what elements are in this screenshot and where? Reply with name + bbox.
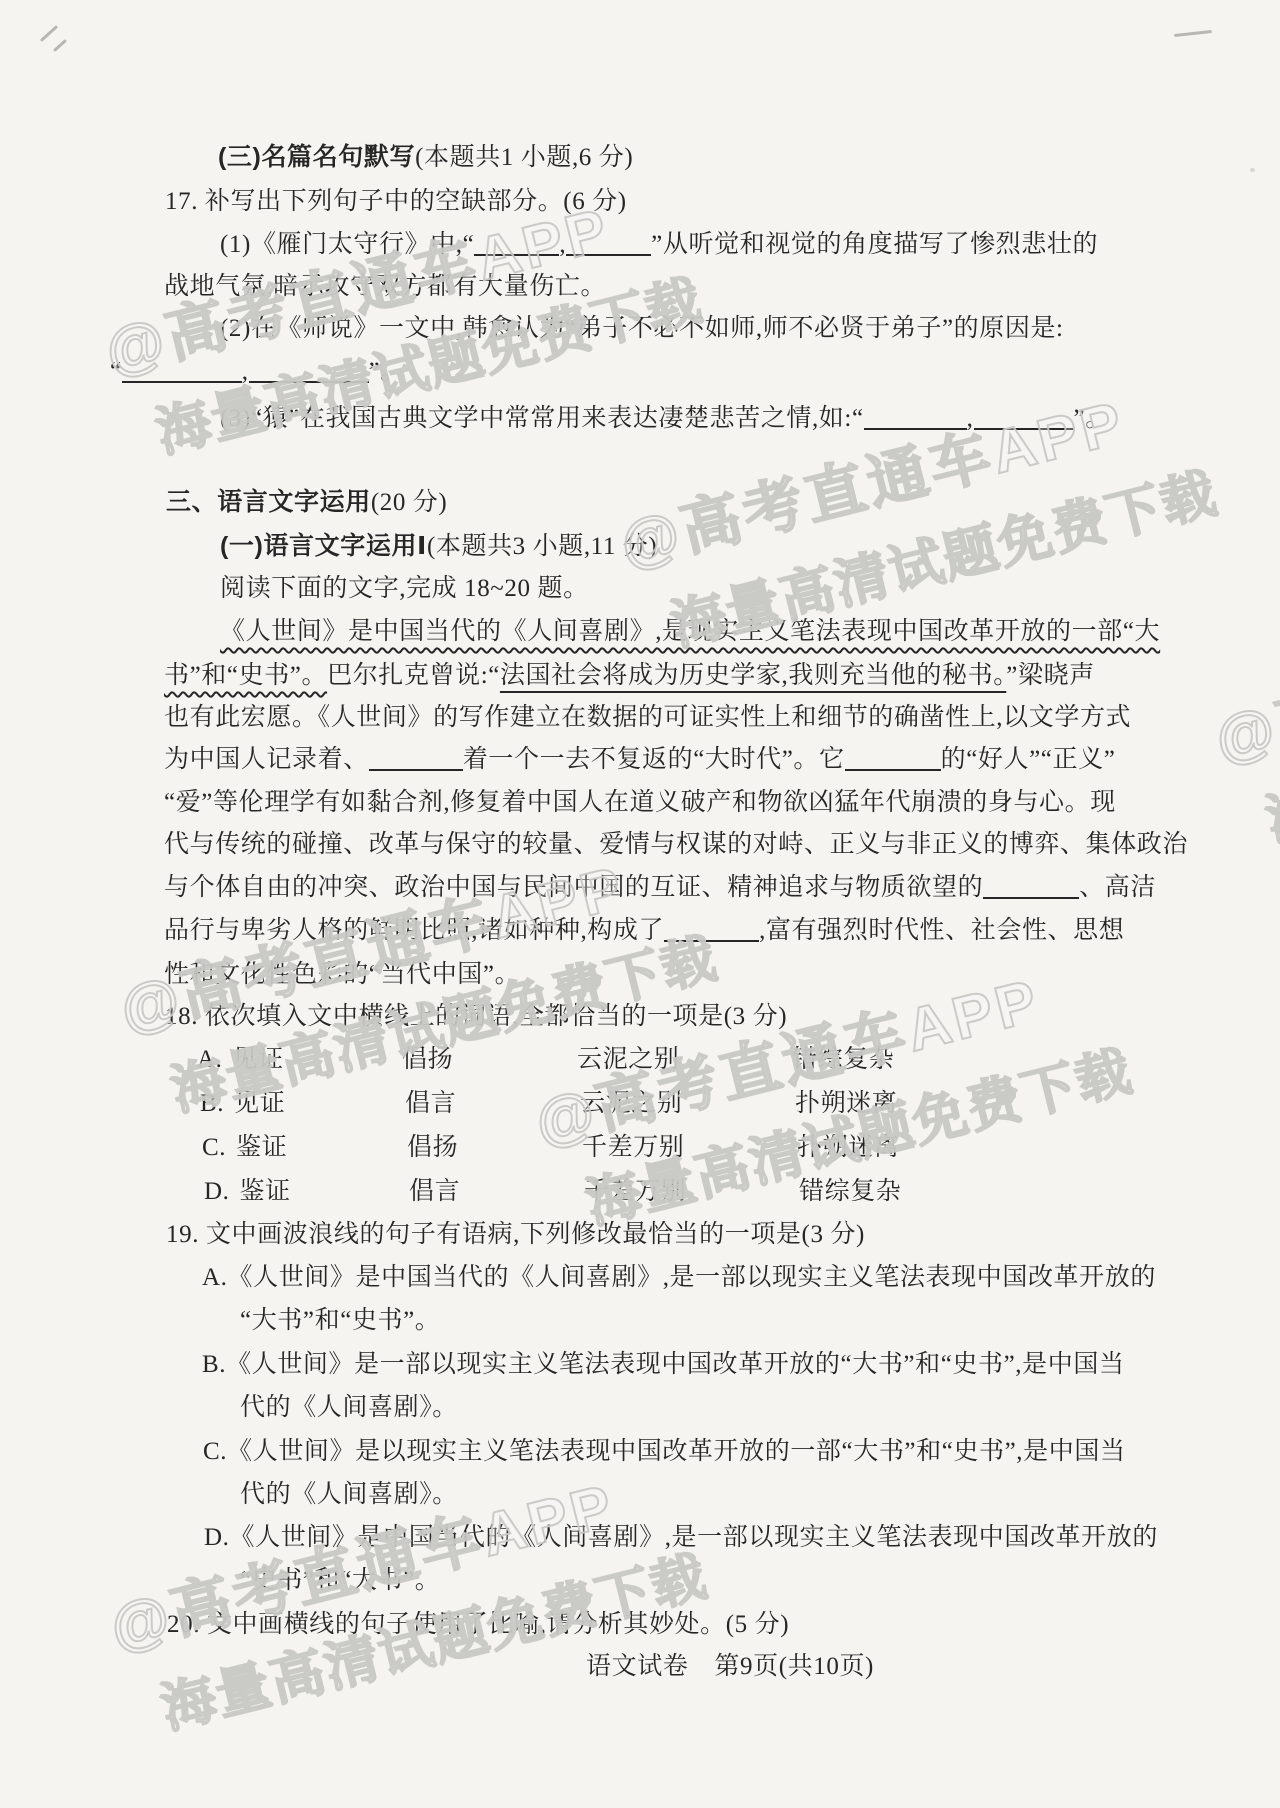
q17-item3-pre: (3)“猿”在我国古典文学中常常用来表达凄楚悲苦之情,如:“ [220, 405, 864, 432]
footer-paper-name: 语文试卷 [586, 1653, 688, 1680]
passage-line2-wavy: 书”和“史书”。 [164, 662, 327, 689]
q18-option-a-word4: 错综复杂 [792, 1043, 894, 1077]
q18-option-b-word3: 云泥之别 [580, 1087, 682, 1121]
q17-item2-line2: “,”。 [110, 355, 406, 389]
scan-artifact-topleft-2 [53, 39, 67, 52]
page-footer: 语文试卷第9页(共10页) [586, 1650, 874, 1684]
passage-line7-tail: 、高洁 [1079, 874, 1156, 901]
q17-item1-pre: (1)《雁门太守行》中,“ [220, 231, 474, 258]
q17-item2-comma: , [242, 358, 249, 385]
q17-stem: 17. 补写出下列句子中的空缺部分。(6 分) [165, 185, 627, 219]
q18-option-c-word4: 扑朔迷离 [797, 1131, 899, 1165]
q18-option-c-word1: 鉴证 [236, 1134, 287, 1161]
watermark-6: @高考直通车APP 海量高清试题免费下载 [1205, 552, 1280, 863]
q19-option-c-line2: 代的《人间喜剧》。 [240, 1478, 458, 1512]
section-title-yuyan-bold: 三、语言文字运用 [166, 488, 371, 516]
q17-item1-blank1 [474, 232, 559, 256]
section-title-yuyan: 三、语言文字运用(20 分) [166, 485, 447, 520]
passage-blank4 [664, 918, 759, 942]
q19-option-a-line2: “大书”和“史书”。 [240, 1304, 440, 1338]
q19-option-b-line2: 代的《人间喜剧》。 [240, 1391, 458, 1425]
q18-option-d-word2: 倡言 [409, 1175, 460, 1209]
scan-speck [1250, 168, 1255, 172]
q17-item1-post: ”从听觉和视觉的角度描写了惨烈悲壮的 [651, 231, 1098, 258]
passage-line4: 为中国人记录着、着一个一去不复返的“大时代”。它的“好人”“正义” [164, 743, 1115, 777]
passage-line1: 《人世间》是中国当代的《人间喜剧》,是现实主义笔法表现中国改革开放的一部“大 [220, 615, 1160, 649]
q18-option-b: B.见证 倡言 云泥之别 扑朔迷离 [200, 1087, 1100, 1121]
q18-option-a-word3: 云泥之别 [577, 1043, 679, 1077]
q17-item2-line1: (2)在《师说》一文中,韩愈认为“弟子不必不如师,师不必贤于弟子”的原因是: [220, 312, 1064, 346]
watermark-6-line2: 海量高清试题免费下载 [1257, 645, 1280, 855]
scan-artifact-topleft-1 [40, 25, 58, 42]
q17-item1-blank2 [566, 232, 651, 256]
q18-option-b-word1: 见证 [234, 1090, 285, 1117]
passage-line4-mid: 着一个一去不复返的“大时代”。它 [463, 746, 845, 773]
passage-line9: 性和文化性色彩的“当代中国”。 [164, 958, 520, 992]
q18-option-b-word4: 扑朔迷离 [795, 1087, 897, 1121]
passage-blank2 [845, 747, 941, 771]
passage-line2-tail: ”梁晓声 [1006, 662, 1095, 689]
passage-line7: 与个体自由的冲突、政治中国与民间中国的互证、精神追求与物质欲望的、高洁 [164, 871, 1156, 905]
q18-option-c-word2: 倡扬 [407, 1131, 458, 1165]
q17-item2-closequote: ”。 [369, 358, 406, 385]
q18-option-a-label: A. [197, 1046, 223, 1073]
q18-stem: 18. 依次填入文中横线上的词语,全都恰当的一项是(3 分) [165, 1000, 787, 1034]
section-title-yuyan1: (一)语言文字运用Ⅰ(本题共3 小题,11 分) [220, 529, 657, 564]
q18-option-c: C.鉴证 倡扬 千差万别 扑朔迷离 [202, 1131, 1102, 1165]
q17-item3-line: (3)“猿”在我国古典文学中常常用来表达凄楚悲苦之情,如:“,”。 [220, 402, 1111, 436]
q18-option-a: A.见证 倡扬 云泥之别 错综复杂 [197, 1043, 1097, 1077]
passage-line2-underline: 法国社会将成为历史学家,我则充当他的秘书。 [500, 662, 1006, 689]
passage-line3: 也有此宏愿。《人世间》的写作建立在数据的可证实性上和细节的确凿性上,以文学方式 [164, 701, 1131, 735]
q19-option-b-line1: B.《人世间》是一部以现实主义笔法表现中国改革开放的“大书”和“史书”,是中国当 [202, 1348, 1125, 1382]
section-title-yuyan1-rest: (本题共3 小题,11 分) [427, 533, 657, 560]
q18-option-d-label: D. [204, 1178, 230, 1205]
q18-option-d: D.鉴证 倡言 千差万别 错综复杂 [204, 1175, 1104, 1209]
q18-option-d-word4: 错综复杂 [799, 1175, 901, 1209]
q18-option-b-label: B. [200, 1090, 224, 1117]
section-title-yuyan1-bold: (一)语言文字运用Ⅰ [220, 532, 427, 560]
q19-option-d-line1: D.《人世间》是中国当代的《人间喜剧》,是一部以现实主义笔法表现中国改革开放的 [204, 1521, 1158, 1555]
section-title-moxie-rest: (本题共1 小题,6 分) [415, 144, 633, 171]
q18-option-b-word2: 倡言 [405, 1087, 456, 1121]
section-title-yuyan-rest: (20 分) [371, 489, 448, 516]
q17-item1-line1: (1)《雁门太守行》中,“,”从听觉和视觉的角度描写了惨烈悲壮的 [220, 228, 1098, 262]
q19-option-c-line1: C.《人世间》是以现实主义笔法表现中国改革开放的一部“大书”和“史书”,是中国当 [203, 1435, 1126, 1469]
q19-option-d-line2: “史书”和“大书”。 [240, 1564, 440, 1598]
passage-line8: 品行与卑劣人格的鲜明比照,诸如种种,构成了,富有强烈时代性、社会性、思想 [164, 914, 1124, 948]
passage-line1-wavy: 《人世间》是中国当代的《人间喜剧》,是现实主义笔法表现中国改革开放的一部“大 [220, 618, 1160, 645]
passage-line6: 代与传统的碰撞、改革与保守的较量、爱情与权谋的对峙、正义与非正义的博弈、集体政治 [164, 828, 1188, 862]
q17-item1-comma: , [559, 231, 566, 258]
scan-artifact-topright [1174, 30, 1212, 37]
q18-option-a-word2: 倡扬 [402, 1043, 453, 1077]
passage-line8-pre: 品行与卑劣人格的鲜明比照,诸如种种,构成了 [164, 917, 664, 944]
passage-line4-pre: 为中国人记录着、 [164, 746, 369, 773]
q17-item2-openquote: “ [110, 358, 122, 385]
q19-option-a-line1: A.《人世间》是中国当代的《人间喜剧》,是一部以现实主义笔法表现中国改革开放的 [202, 1261, 1156, 1295]
q17-item3-comma: , [967, 405, 974, 432]
watermark-2-line1: @高考直通车APP [610, 357, 1203, 583]
passage-intro: 阅读下面的文字,完成 18~20 题。 [220, 572, 589, 606]
passage-line5: “爱”等伦理学有如黏合剂,修复着中国人在道义破产和物欲凶猛年代崩溃的身与心。现 [164, 786, 1116, 820]
exam-paper-page: (三)名篇名句默写(本题共1 小题,6 分) 17. 补写出下列句子中的空缺部分… [0, 0, 1280, 1808]
q17-item2-blank2 [249, 359, 369, 383]
q18-option-d-word1: 鉴证 [240, 1178, 291, 1205]
q17-item3-closequote: ”。 [1074, 405, 1111, 432]
footer-page-number: 第9页(共10页) [714, 1653, 874, 1680]
q18-option-c-label: C. [202, 1134, 226, 1161]
q18-option-d-word3: 千差万别 [584, 1175, 686, 1209]
section-title-moxie-bold: (三)名篇名句默写 [218, 143, 415, 171]
watermark-6-line1: @高考直通车APP [1205, 552, 1280, 778]
q19-stem: 19. 文中画波浪线的句子有语病,下列修改最恰当的一项是(3 分) [166, 1218, 865, 1252]
passage-blank3 [983, 875, 1079, 899]
section-title-moxie: (三)名篇名句默写(本题共1 小题,6 分) [218, 140, 633, 175]
q18-option-c-word3: 千差万别 [582, 1131, 684, 1165]
passage-line2: 书”和“史书”。巴尔扎克曾说:“法国社会将成为历史学家,我则充当他的秘书。”梁晓… [164, 659, 1095, 693]
q17-item2-blank1 [122, 359, 242, 383]
passage-line7-pre: 与个体自由的冲突、政治中国与民间中国的互证、精神追求与物质欲望的 [164, 874, 983, 901]
q17-item3-blank2 [974, 406, 1074, 430]
q17-item1-line2: 战地气氛,暗示攻守双方都有大量伤亡。 [164, 270, 606, 304]
q20-stem: 20. 文中画横线的句子使用了比喻,请分析其妙处。(5 分) [167, 1608, 789, 1642]
passage-line8-tail: ,富有强烈时代性、社会性、思想 [759, 917, 1124, 944]
q18-option-a-word1: 见证 [233, 1046, 284, 1073]
passage-blank1 [369, 747, 463, 771]
passage-line4-tail: 的“好人”“正义” [941, 746, 1116, 773]
q17-item3-blank1 [864, 406, 967, 430]
passage-line2-plain: 巴尔扎克曾说:“ [327, 662, 500, 689]
